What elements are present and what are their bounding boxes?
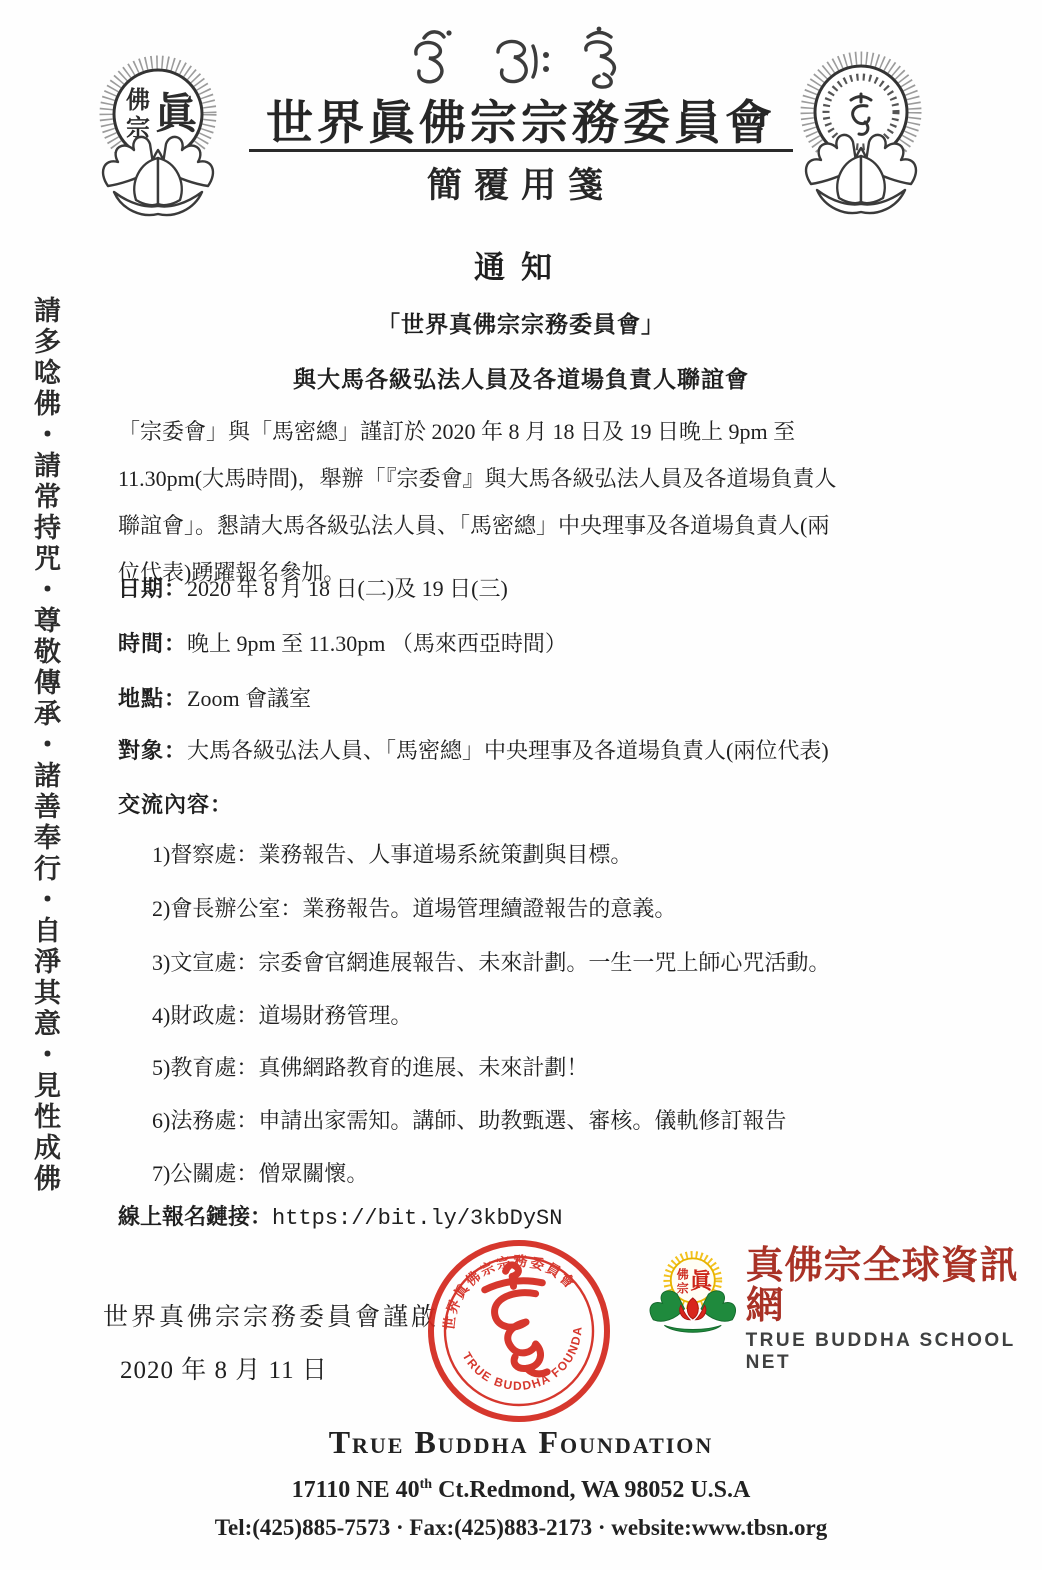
footer-contact-line: Tel:(425)885-7573 · Fax:(425)883-2173 · …	[0, 1515, 1042, 1541]
field-date: 日期：2020 年 8 月 18 日(二)及 19 日(三)	[118, 572, 508, 603]
tibetan-mantra-icon	[396, 24, 646, 90]
notice-subtitle-org: 「世界真佛宗宗務委員會」	[0, 306, 1042, 339]
svg-text:眞: 眞	[690, 1269, 713, 1294]
agenda-item-6: 6)法務處：申請出家需知。講師、助教甄選、審核。儀軌修訂報告	[152, 1104, 786, 1135]
tbsn-lotus-emblem-icon: 眞 佛 宗	[646, 1246, 740, 1346]
field-time: 時間：晚上 9pm 至 11.30pm （馬來西亞時間）	[118, 627, 567, 658]
field-time-label: 時間：	[118, 631, 187, 656]
seal-top-text: 世界眞佛宗宗務委員會	[433, 1245, 583, 1333]
notice-body-paragraph: 「宗委會」與「馬密總」謹訂於 2020 年 8 月 18 日及 19 日晚上 9…	[118, 408, 978, 596]
registration-row: 線上報名鏈接：https://bit.ly/3kbDySN	[118, 1200, 562, 1231]
title-underline	[249, 149, 793, 152]
signoff-date: 2020 年 8 月 11 日	[120, 1350, 328, 1386]
foundation-red-seal: 世界眞佛宗宗務委員會 TRUE BUDDHA FOUNDATION	[424, 1234, 614, 1434]
svg-text:宗: 宗	[677, 1281, 689, 1295]
seal-center-syllable	[482, 1261, 553, 1379]
field-venue-value: Zoom 會議室	[187, 686, 311, 711]
registration-label: 線上報名鏈接：	[118, 1204, 272, 1229]
field-date-value: 2020 年 8 月 18 日(二)及 19 日(三)	[187, 576, 508, 601]
footer-address: 17110 NE 40th Ct.Redmond, WA 98052 U.S.A	[0, 1477, 1042, 1504]
organization-title: 世界眞佛宗宗務委員會	[0, 86, 1042, 153]
tbsn-logo-text: 真佛宗全球資訊網 TRUE BUDDHA SCHOOL NET	[746, 1246, 1042, 1374]
tbsn-logo: 眞 佛 宗 真佛宗全球資訊網 TRUE BUDDHA SCHOOL NET	[646, 1246, 1042, 1374]
footer-address-prefix: 17110 NE 40	[292, 1477, 420, 1503]
registration-url: https://bit.ly/3kbDySN	[272, 1206, 562, 1231]
letterhead-document: 請多唸佛・請常持咒・尊敬傳承・諸善奉行・自淨其意・見性成佛	[0, 0, 1042, 1570]
notice-title: 通知	[0, 242, 1042, 287]
tbsn-english-title: TRUE BUDDHA SCHOOL NET	[746, 1330, 1042, 1374]
agenda-heading: 交流內容：	[118, 788, 233, 819]
agenda-item-5: 5)教育處：真佛網路教育的進展、未來計劃！	[152, 1051, 588, 1082]
red-seal-icon: 世界眞佛宗宗務委員會 TRUE BUDDHA FOUNDATION	[424, 1234, 614, 1429]
field-audience-value: 大馬各級弘法人員、「馬密總」中央理事及各道場負責人(兩位代表)	[187, 738, 829, 763]
field-time-value: 晚上 9pm 至 11.30pm （馬來西亞時間）	[187, 631, 567, 656]
field-venue-label: 地點：	[118, 686, 187, 711]
field-date-label: 日期：	[118, 576, 187, 601]
agenda-item-1: 1)督察處：業務報告、人事道場系統策劃與目標。	[152, 838, 632, 869]
svg-text:世界眞佛宗宗務委員會: 世界眞佛宗宗務委員會	[433, 1245, 583, 1333]
agenda-item-4: 4)財政處：道場財務管理。	[152, 999, 412, 1030]
field-audience: 對象：大馬各級弘法人員、「馬密總」中央理事及各道場負責人(兩位代表)	[118, 734, 829, 765]
signoff-line: 世界真佛宗宗務委員會謹啟	[103, 1297, 439, 1333]
agenda-item-7: 7)公關處：僧眾關懷。	[152, 1157, 368, 1188]
letterhead-subtitle: 簡覆用箋	[0, 158, 1042, 208]
footer-org-name: True Buddha Foundation	[0, 1424, 1042, 1461]
agenda-item-2: 2)會長辦公室：業務報告。道場管理續證報告的意義。	[152, 892, 676, 923]
agenda-item-3: 3)文宣處：宗委會官網進展報告、未來計劃。一生一咒上師心咒活動。	[152, 946, 830, 977]
field-audience-label: 對象：	[118, 738, 187, 763]
tbsn-chinese-title: 真佛宗全球資訊網	[746, 1246, 1042, 1326]
footer-address-ordinal: th	[420, 1477, 432, 1492]
field-venue: 地點：Zoom 會議室	[118, 682, 311, 713]
footer-address-suffix: Ct.Redmond, WA 98052 U.S.A	[432, 1477, 750, 1503]
svg-text:佛: 佛	[677, 1268, 689, 1282]
notice-subtitle-event: 與大馬各級弘法人員及各道場負責人聯誼會	[0, 361, 1042, 394]
side-motto-vertical-text: 請多唸佛・請常持咒・尊敬傳承・諸善奉行・自淨其意・見性成佛	[26, 296, 65, 1195]
